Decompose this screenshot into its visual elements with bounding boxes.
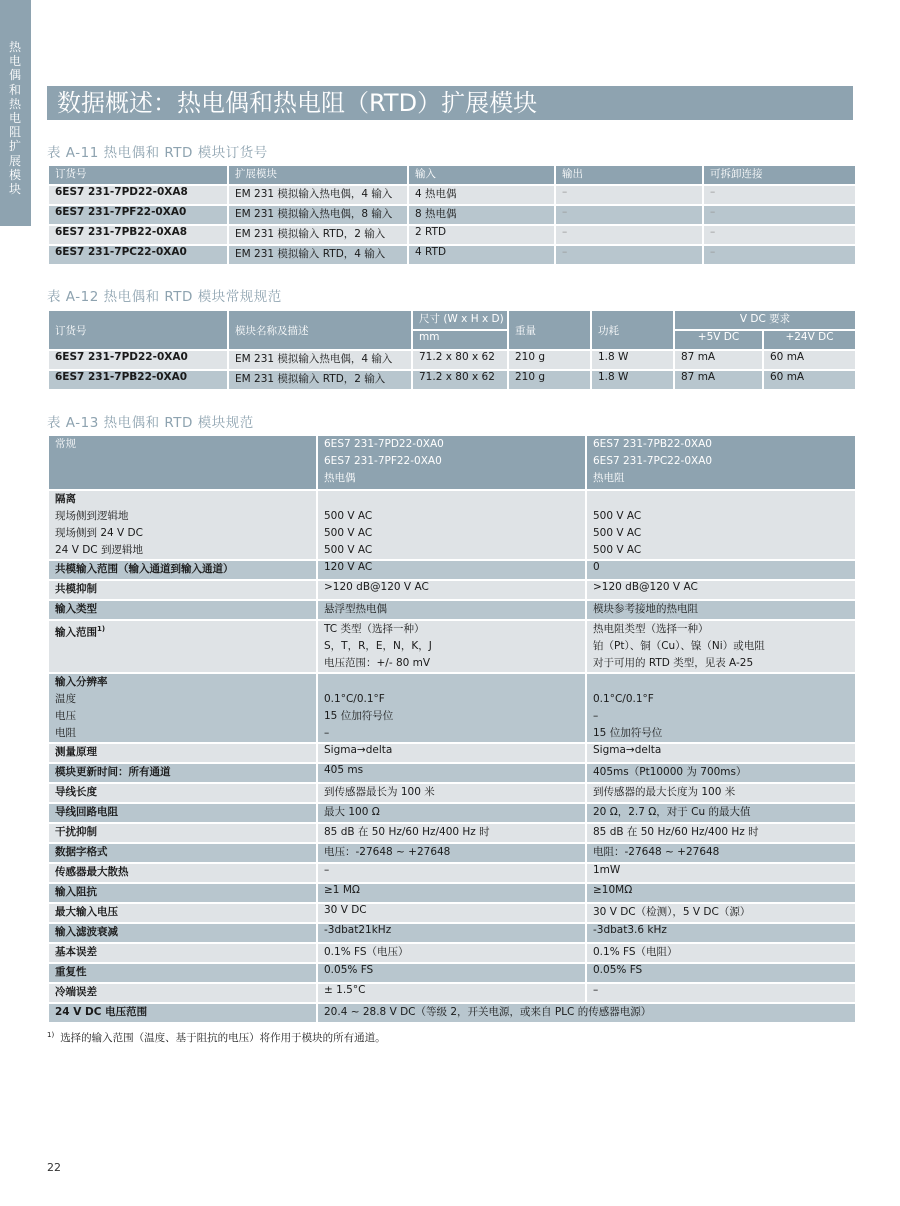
side-tab-label: 热电偶和热电阻扩展模块 (8, 40, 22, 196)
tc-value: 500 V AC 500 V AC 500 V AC (317, 490, 586, 560)
header-cell: 订货号 (48, 165, 228, 185)
value-line: 500 V AC (593, 525, 849, 542)
header-cell: 常规 (48, 435, 317, 490)
current-24v: 60 mA (763, 350, 856, 370)
supply-value: 20.4 ~ 28.8 V DC（等级 2，开关电源，或来自 PLC 的传感器电… (317, 1003, 856, 1023)
table-row: 输入滤波衰减 -3dbat21kHz -3dbat3.6 kHz (48, 923, 856, 943)
module-type: 热电阻 (593, 470, 849, 487)
rtd-value: 热电阻类型（选择一种） 铂（Pt）、铜（Cu）、镍（Ni）或电阻 对于可用的 R… (586, 620, 856, 673)
table-row-input-range: 输入范围1) TC 类型（选择一种） S，T，R，E，N，K，J 电压范围：+/… (48, 620, 856, 673)
output-cell: – (555, 245, 703, 265)
order-number: 6ES7 231-7PB22-0XA8 (48, 225, 228, 245)
header-cell: 扩展模块 (228, 165, 408, 185)
table-a12-general-specs: 订货号 模块名称及描述 尺寸 (W x H x D) 重量 功耗 V DC 要求… (47, 309, 857, 391)
weight: 210 g (508, 350, 591, 370)
input-cell: 4 RTD (408, 245, 555, 265)
table-row: 传感器最大散热 – 1mW (48, 863, 856, 883)
spec-label: 输入滤波衰减 (48, 923, 317, 943)
value-line: 500 V AC (324, 525, 579, 542)
input-cell: 8 热电偶 (408, 205, 555, 225)
rtd-value: 模块参考接地的热电阻 (586, 600, 856, 620)
input-cell: 4 热电偶 (408, 185, 555, 205)
table-row: 最大输入电压 30 V DC 30 V DC（检测），5 V DC（源） (48, 903, 856, 923)
tc-value: 最大 100 Ω (317, 803, 586, 823)
resolution-label: 输入分辨率 (55, 674, 310, 691)
spec-label: 输入分辨率 温度 电压 电阻 (48, 673, 317, 743)
module-name: EM 231 模拟输入热电偶，4 输入 (228, 350, 412, 370)
tc-value: Sigma→delta (317, 743, 586, 763)
table-row: 冷端误差 ± 1.5°C – (48, 983, 856, 1003)
order-number: 6ES7 231-7PC22-0XA0 (48, 245, 228, 265)
output-cell: – (555, 185, 703, 205)
table-a12-caption: 表 A-12 热电偶和 RTD 模块常规规范 (47, 285, 282, 305)
header-cell: 6ES7 231-7PB22-0XA0 6ES7 231-7PC22-0XA0 … (586, 435, 856, 490)
tc-value: ± 1.5°C (317, 983, 586, 1003)
spec-label: 输入阻抗 (48, 883, 317, 903)
spec-label: 模块更新时间：所有通道 (48, 763, 317, 783)
footnote: 1)选择的输入范围（温度、基于阻抗的电压）将作用于模块的所有通道。 (47, 1030, 386, 1045)
spec-label: 基本误差 (48, 943, 317, 963)
header-cell: 尺寸 (W x H x D) (412, 310, 508, 330)
rtd-value: 30 V DC（检测），5 V DC（源） (586, 903, 856, 923)
removable-connector-cell: – (703, 225, 856, 245)
power: 1.8 W (591, 350, 674, 370)
rtd-value: 0 (586, 560, 856, 580)
spec-label: 最大输入电压 (48, 903, 317, 923)
table-row: 6ES7 231-7PB22-0XA0 EM 231 模拟输入 RTD，2 输入… (48, 370, 856, 390)
value-line: 0.1°C/0.1°F (593, 691, 849, 708)
spec-label: 共模输入范围（输入通道到输入通道） (48, 560, 317, 580)
value-line: – (324, 725, 579, 742)
value-line: – (593, 708, 849, 725)
table-row: 6ES7 231-7PF22-0XA0 EM 231 模拟输入热电偶，8 输入 … (48, 205, 856, 225)
order-number: 6ES7 231-7PD22-0XA0 (324, 436, 579, 453)
section-side-tab: 热电偶和热电阻扩展模块 (0, 0, 31, 226)
table-header-row: 订货号 扩展模块 输入 输出 可拆卸连接 (48, 165, 856, 185)
header-cell: +5V DC (674, 330, 763, 350)
table-row: 6ES7 231-7PB22-0XA8 EM 231 模拟输入 RTD，2 输入… (48, 225, 856, 245)
tc-value: ≥1 MΩ (317, 883, 586, 903)
tc-value: 0.1% FS（电压） (317, 943, 586, 963)
header-cell: 输入 (408, 165, 555, 185)
rtd-value: 电阻：-27648 ~ +27648 (586, 843, 856, 863)
table-header-row: 订货号 模块名称及描述 尺寸 (W x H x D) 重量 功耗 V DC 要求 (48, 310, 856, 330)
header-cell: 重量 (508, 310, 591, 350)
table-row: 6ES7 231-7PC22-0XA0 EM 231 模拟输入 RTD，4 输入… (48, 245, 856, 265)
table-row: 24 V DC 电压范围 20.4 ~ 28.8 V DC（等级 2，开关电源，… (48, 1003, 856, 1023)
header-cell: 订货号 (48, 310, 228, 350)
value-line: 500 V AC (593, 542, 849, 559)
tc-value: 电压：-27648 ~ +27648 (317, 843, 586, 863)
table-row: 导线回路电阻 最大 100 Ω 20 Ω，2.7 Ω，对于 Cu 的最大值 (48, 803, 856, 823)
table-row: 共模输入范围（输入通道到输入通道） 120 V AC 0 (48, 560, 856, 580)
footnote-text: 选择的输入范围（温度、基于阻抗的电压）将作用于模块的所有通道。 (60, 1032, 386, 1044)
table-row: 测量原理 Sigma→delta Sigma→delta (48, 743, 856, 763)
rtd-value: Sigma→delta (586, 743, 856, 763)
current-5v: 87 mA (674, 350, 763, 370)
spec-label: 导线回路电阻 (48, 803, 317, 823)
table-row: 6ES7 231-7PD22-0XA0 EM 231 模拟输入热电偶，4 输入 … (48, 350, 856, 370)
value-line: 电压范围：+/- 80 mV (324, 655, 579, 672)
module-name: EM 231 模拟输入 RTD，4 输入 (228, 245, 408, 265)
dimensions: 71.2 x 80 x 62 (412, 350, 508, 370)
weight: 210 g (508, 370, 591, 390)
rtd-value: 85 dB 在 50 Hz/60 Hz/400 Hz 时 (586, 823, 856, 843)
header-cell: 可拆卸连接 (703, 165, 856, 185)
rtd-value: >120 dB@120 V AC (586, 580, 856, 600)
rtd-value: -3dbat3.6 kHz (586, 923, 856, 943)
value-line: 15 位加符号位 (324, 708, 579, 725)
tc-value: 405 ms (317, 763, 586, 783)
tc-value: 悬浮型热电偶 (317, 600, 586, 620)
rtd-value: 1mW (586, 863, 856, 883)
header-cell: 功耗 (591, 310, 674, 350)
value-line: 500 V AC (324, 542, 579, 559)
table-a13-specs: 常规 6ES7 231-7PD22-0XA0 6ES7 231-7PF22-0X… (47, 434, 857, 1024)
sub-label: 电阻 (55, 725, 310, 742)
rtd-value: 0.1% FS（电阻） (586, 943, 856, 963)
table-header-row: 常规 6ES7 231-7PD22-0XA0 6ES7 231-7PF22-0X… (48, 435, 856, 490)
current-24v: 60 mA (763, 370, 856, 390)
general-header: 常规 (55, 436, 310, 453)
table-row: 模块更新时间：所有通道 405 ms 405ms（Pt10000 为 700ms… (48, 763, 856, 783)
rtd-value: 405ms（Pt10000 为 700ms） (586, 763, 856, 783)
header-cell: 输出 (555, 165, 703, 185)
order-number: 6ES7 231-7PB22-0XA0 (593, 436, 849, 453)
order-number: 6ES7 231-7PF22-0XA0 (48, 205, 228, 225)
tc-value: – (317, 863, 586, 883)
order-number: 6ES7 231-7PB22-0XA0 (48, 370, 228, 390)
tc-value: 85 dB 在 50 Hz/60 Hz/400 Hz 时 (317, 823, 586, 843)
table-row: 输入类型 悬浮型热电偶 模块参考接地的热电阻 (48, 600, 856, 620)
power: 1.8 W (591, 370, 674, 390)
output-cell: – (555, 225, 703, 245)
spec-label: 导线长度 (48, 783, 317, 803)
order-number: 6ES7 231-7PC22-0XA0 (593, 453, 849, 470)
header-cell: 模块名称及描述 (228, 310, 412, 350)
spec-label: 传感器最大散热 (48, 863, 317, 883)
spec-label: 干扰抑制 (48, 823, 317, 843)
spec-label: 共模抑制 (48, 580, 317, 600)
sub-label: 24 V DC 到逻辑地 (55, 542, 310, 559)
header-cell: 6ES7 231-7PD22-0XA0 6ES7 231-7PF22-0XA0 … (317, 435, 586, 490)
value-line: 铂（Pt）、铜（Cu）、镍（Ni）或电阻 (593, 638, 849, 655)
value-line: 500 V AC (324, 508, 579, 525)
tc-value: -3dbat21kHz (317, 923, 586, 943)
footnote-mark: 1) (47, 1031, 54, 1039)
rtd-value: 500 V AC 500 V AC 500 V AC (586, 490, 856, 560)
sub-label: 电压 (55, 708, 310, 725)
sub-label: 现场侧到 24 V DC (55, 525, 310, 542)
rtd-value: – (586, 983, 856, 1003)
table-row-isolation: 隔离 现场侧到逻辑地 现场侧到 24 V DC 24 V DC 到逻辑地 500… (48, 490, 856, 560)
table-a11-caption: 表 A-11 热电偶和 RTD 模块订货号 (47, 141, 268, 161)
table-a13-caption: 表 A-13 热电偶和 RTD 模块规范 (47, 411, 254, 431)
value-line: TC 类型（选择一种） (324, 621, 579, 638)
tc-value: 0.05% FS (317, 963, 586, 983)
value-line: 15 位加符号位 (593, 725, 849, 742)
spec-label: 输入范围1) (48, 620, 317, 673)
removable-connector-cell: – (703, 245, 856, 265)
table-row: 6ES7 231-7PD22-0XA8 EM 231 模拟输入热电偶，4 输入 … (48, 185, 856, 205)
page-title-bar: 数据概述：热电偶和热电阻（RTD）扩展模块 (47, 86, 853, 120)
module-name: EM 231 模拟输入热电偶，4 输入 (228, 185, 408, 205)
footnote-mark: 1) (97, 625, 105, 633)
table-row: 共模抑制 >120 dB@120 V AC >120 dB@120 V AC (48, 580, 856, 600)
table-row: 数据字格式 电压：-27648 ~ +27648 电阻：-27648 ~ +27… (48, 843, 856, 863)
value-line: 热电阻类型（选择一种） (593, 621, 849, 638)
table-row: 重复性 0.05% FS 0.05% FS (48, 963, 856, 983)
module-name: EM 231 模拟输入热电偶，8 输入 (228, 205, 408, 225)
module-name: EM 231 模拟输入 RTD，2 输入 (228, 370, 412, 390)
dimensions: 71.2 x 80 x 62 (412, 370, 508, 390)
header-cell: +24V DC (763, 330, 856, 350)
input-range-label: 输入范围 (55, 627, 97, 639)
order-number: 6ES7 231-7PD22-0XA0 (48, 350, 228, 370)
table-row: 输入阻抗 ≥1 MΩ ≥10MΩ (48, 883, 856, 903)
spec-label: 冷端误差 (48, 983, 317, 1003)
spec-label: 24 V DC 电压范围 (48, 1003, 317, 1023)
input-cell: 2 RTD (408, 225, 555, 245)
rtd-value: 0.1°C/0.1°F – 15 位加符号位 (586, 673, 856, 743)
module-name: EM 231 模拟输入 RTD，2 输入 (228, 225, 408, 245)
output-cell: – (555, 205, 703, 225)
removable-connector-cell: – (703, 185, 856, 205)
current-5v: 87 mA (674, 370, 763, 390)
table-a11-order-numbers: 订货号 扩展模块 输入 输出 可拆卸连接 6ES7 231-7PD22-0XA8… (47, 164, 857, 266)
table-row: 干扰抑制 85 dB 在 50 Hz/60 Hz/400 Hz 时 85 dB … (48, 823, 856, 843)
tc-value: TC 类型（选择一种） S，T，R，E，N，K，J 电压范围：+/- 80 mV (317, 620, 586, 673)
header-cell: mm (412, 330, 508, 350)
sub-label: 温度 (55, 691, 310, 708)
rtd-value: 20 Ω，2.7 Ω，对于 Cu 的最大值 (586, 803, 856, 823)
rtd-value: ≥10MΩ (586, 883, 856, 903)
header-cell: V DC 要求 (674, 310, 856, 330)
value-line: 0.1°C/0.1°F (324, 691, 579, 708)
page-number: 22 (47, 1161, 61, 1174)
spec-label: 测量原理 (48, 743, 317, 763)
spec-label: 隔离 现场侧到逻辑地 现场侧到 24 V DC 24 V DC 到逻辑地 (48, 490, 317, 560)
tc-value: 120 V AC (317, 560, 586, 580)
tc-value: 到传感器最长为 100 米 (317, 783, 586, 803)
value-line: S，T，R，E，N，K，J (324, 638, 579, 655)
removable-connector-cell: – (703, 205, 856, 225)
order-number: 6ES7 231-7PF22-0XA0 (324, 453, 579, 470)
order-number: 6ES7 231-7PD22-0XA8 (48, 185, 228, 205)
spec-label: 数据字格式 (48, 843, 317, 863)
spec-label: 输入类型 (48, 600, 317, 620)
isolation-label: 隔离 (55, 491, 310, 508)
tc-value: 0.1°C/0.1°F 15 位加符号位 – (317, 673, 586, 743)
rtd-value: 0.05% FS (586, 963, 856, 983)
table-row-resolution: 输入分辨率 温度 电压 电阻 0.1°C/0.1°F 15 位加符号位 – 0.… (48, 673, 856, 743)
spec-label: 重复性 (48, 963, 317, 983)
tc-value: 30 V DC (317, 903, 586, 923)
tc-value: >120 dB@120 V AC (317, 580, 586, 600)
table-row: 基本误差 0.1% FS（电压） 0.1% FS（电阻） (48, 943, 856, 963)
value-line: 500 V AC (593, 508, 849, 525)
sub-label: 现场侧到逻辑地 (55, 508, 310, 525)
rtd-value: 到传感器的最大长度为 100 米 (586, 783, 856, 803)
value-line: 对于可用的 RTD 类型，见表 A-25 (593, 655, 849, 672)
module-type: 热电偶 (324, 470, 579, 487)
table-row: 导线长度 到传感器最长为 100 米 到传感器的最大长度为 100 米 (48, 783, 856, 803)
page-title: 数据概述：热电偶和热电阻（RTD）扩展模块 (57, 87, 537, 119)
